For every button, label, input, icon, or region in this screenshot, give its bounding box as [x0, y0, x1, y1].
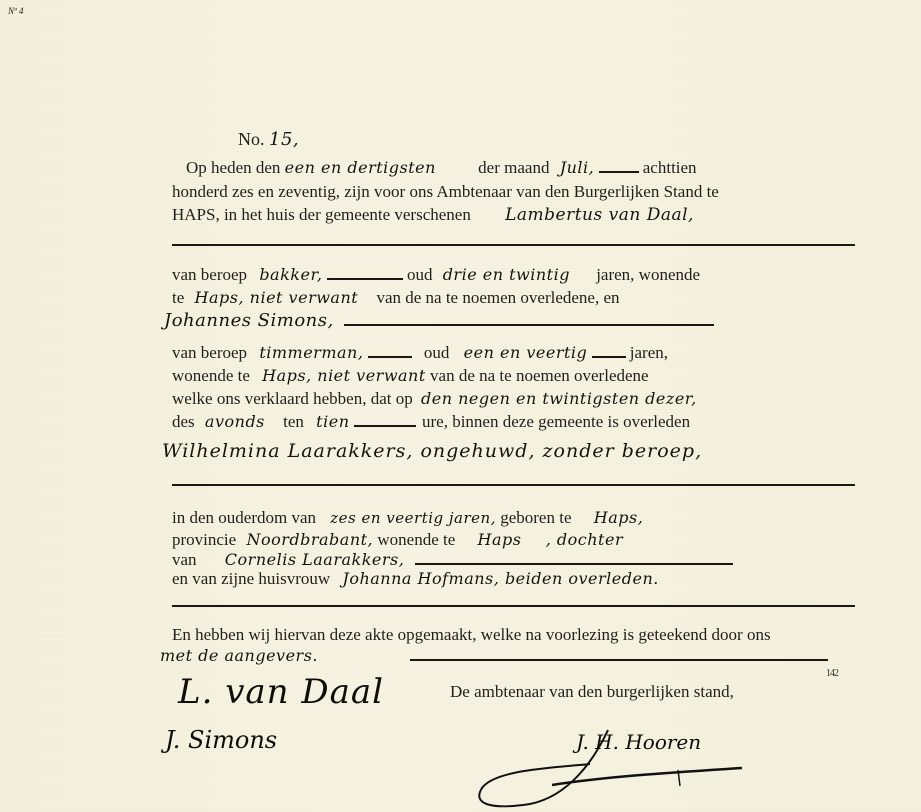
corner-page-mark: Nº 4	[8, 6, 24, 16]
text-line-place: HAPS, in het huis der gemeente verschene…	[172, 204, 694, 226]
printed-text: en van zijne huisvrouw	[172, 569, 330, 588]
printed-text: En hebben wij hiervan deze akte opgemaak…	[172, 625, 771, 644]
text-line-province: provincie Noordbrabant, wonende te Haps …	[172, 529, 623, 551]
blank-line	[415, 551, 733, 565]
printed-text: jaren, wonende	[596, 265, 700, 284]
printed-text: welke ons verklaard hebben, dat op	[172, 389, 413, 408]
blank-line	[599, 159, 639, 173]
printed-text: jaren,	[630, 343, 668, 362]
printed-text: De ambtenaar van den burgerlijken stand,	[450, 682, 734, 701]
handwritten-occupation: bakker,	[259, 265, 322, 284]
handwritten-province: Noordbrabant,	[246, 530, 373, 549]
number-label: No.	[238, 129, 265, 149]
printed-text: der maand	[478, 158, 549, 177]
text-line-declarant1-residence: te Haps, niet verwant van de na te noeme…	[172, 287, 620, 309]
text-line-date: Op heden den een en dertigsten der maand…	[186, 157, 697, 179]
handwritten-signers: met de aangevers.	[160, 646, 318, 665]
handwritten-day: een en dertigsten	[285, 158, 436, 177]
text-line-declarant2-occupation: van beroep timmerman, oud een en veertig…	[172, 342, 668, 364]
handwritten-declarant1-name: Lambertus van Daal,	[505, 205, 694, 225]
handwritten-occupation: timmerman,	[259, 343, 363, 362]
printed-text: honderd zes en zeventig, zijn voor ons A…	[172, 182, 719, 201]
handwritten-part-of-day: avonds	[205, 412, 265, 431]
text-line-declarant2-name: Johannes Simons,	[164, 310, 714, 332]
text-line-official: De ambtenaar van den burgerlijken stand,	[450, 681, 734, 703]
printed-text: achttien	[643, 158, 697, 177]
text-line-signers: met de aangevers.	[160, 645, 318, 667]
text-line-deceased-name: Wilhelmina Laarakkers, ongehuwd, zonder …	[162, 440, 702, 463]
printed-text: des	[172, 412, 195, 431]
printed-text: wonende te	[377, 530, 455, 549]
text-line-declarant2-residence: wonende te Haps, niet verwant van de na …	[172, 365, 649, 387]
document-page: Nº 4 No. 15, Op heden den een en dertigs…	[0, 0, 921, 812]
printed-text: van beroep	[172, 265, 247, 284]
signature-declarant2: J. Simons	[165, 726, 277, 754]
handwritten-declarant2-name: Johannes Simons,	[164, 310, 334, 331]
handwritten-father-name: Cornelis Laarakkers,	[225, 550, 405, 569]
blank-line	[368, 344, 412, 358]
printed-text: wonende te	[172, 366, 250, 385]
printed-text: van beroep	[172, 343, 247, 362]
text-line-closing: En hebben wij hiervan deze akte opgemaak…	[172, 624, 771, 646]
text-line-time-of-death: des avonds ten tien ure, binnen deze gem…	[172, 411, 690, 433]
handwritten-date-of-death: den negen en twintigsten dezer,	[421, 389, 697, 408]
printed-text: van de na te noemen overledene, en	[376, 288, 619, 307]
record-number: No. 15,	[238, 128, 299, 151]
printed-text: van	[172, 550, 197, 569]
printed-text: van de na te noemen overledene	[430, 366, 649, 385]
printed-text: HAPS, in het huis der gemeente verschene…	[172, 205, 471, 224]
handwritten-residence: Haps, niet verwant	[262, 366, 426, 385]
printed-text: oud	[407, 265, 433, 284]
signature-flourish-icon	[460, 718, 760, 812]
divider-rule	[172, 605, 855, 607]
signature-declarant1: L. van Daal	[178, 672, 384, 712]
handwritten-residence: Haps	[478, 530, 522, 549]
blank-line	[410, 659, 828, 661]
text-line-declarant1-occupation: van beroep bakker, oud drie en twintig j…	[172, 264, 700, 286]
stamp-mark: 142	[826, 668, 838, 679]
handwritten-mother-name: Johanna Hofmans, beiden overleden.	[342, 569, 658, 588]
handwritten-hour: tien	[316, 412, 349, 431]
printed-text: ten	[283, 412, 304, 431]
printed-text: te	[172, 288, 184, 307]
blank-line	[354, 413, 416, 427]
text-line-declaration: welke ons verklaard hebben, dat op den n…	[172, 388, 697, 410]
number-value: 15,	[269, 129, 299, 150]
handwritten-age: een en veertig	[464, 343, 588, 362]
divider-rule	[172, 244, 855, 246]
handwritten-age: zes en veertig jaren,	[330, 509, 496, 527]
blank-line	[344, 312, 714, 326]
text-line-age-birthplace: in den ouderdom van zes en veertig jaren…	[172, 507, 643, 529]
text-line-year: honderd zes en zeventig, zijn voor ons A…	[172, 181, 719, 203]
handwritten-relation: , dochter	[546, 530, 623, 549]
handwritten-month: Juli,	[560, 158, 595, 177]
printed-text: geboren te	[500, 508, 571, 527]
handwritten-deceased-name: Wilhelmina Laarakkers, ongehuwd, zonder …	[162, 440, 702, 462]
printed-text: Op heden den	[186, 158, 280, 177]
handwritten-residence: Haps, niet verwant	[195, 288, 359, 307]
divider-rule	[172, 484, 855, 486]
printed-text: provincie	[172, 530, 236, 549]
handwritten-birthplace: Haps,	[594, 508, 644, 527]
printed-text: ure, binnen deze gemeente is overleden	[422, 412, 690, 431]
printed-text: oud	[424, 343, 450, 362]
text-line-mother: en van zijne huisvrouw Johanna Hofmans, …	[172, 568, 659, 590]
blank-line	[327, 266, 403, 280]
blank-line	[592, 344, 626, 358]
handwritten-age: drie en twintig	[443, 265, 570, 284]
printed-text: in den ouderdom van	[172, 508, 316, 527]
